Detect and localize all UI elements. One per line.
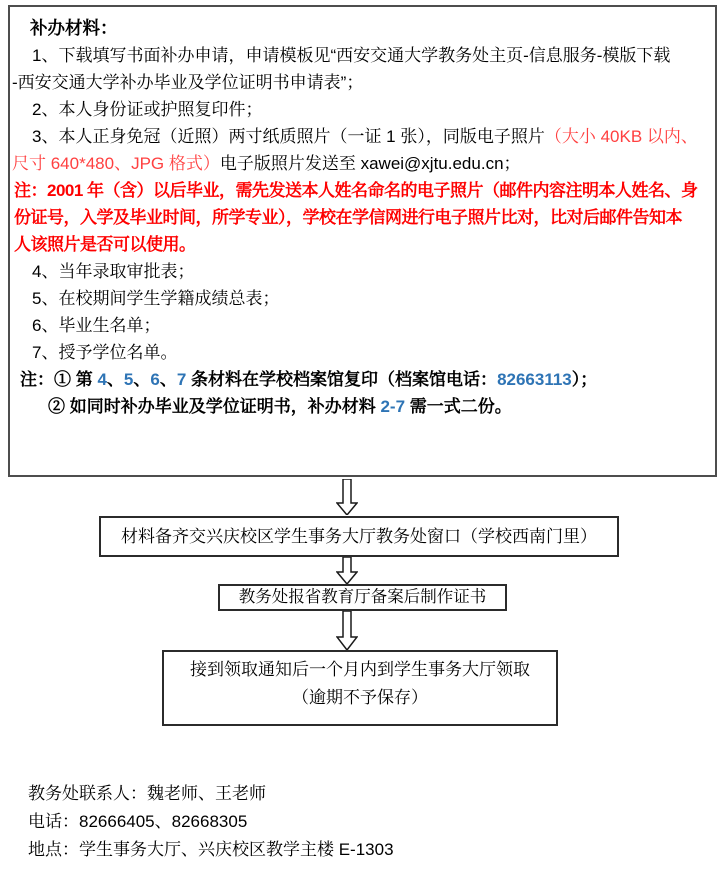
document-page: 补办材料：1、下载填写书面补办申请，申请模板见“西安交通大学教务处主页-信息服务… [0,0,727,874]
text-line: 注：2001 年（含）以后毕业，需先发送本人姓名命名的电子照片（邮件内容注明本人… [10,177,715,204]
text-segment: 3、本人正身免冠（近照）两寸纸质照片（一证 1 张），同版电子照片 [32,127,545,146]
text-segment: 注：2001 年（含）以后毕业，需先发送本人姓名命名的电子照片（邮件内容注明本人… [14,181,698,200]
text-segment: 2、本人身份证或护照复印件； [32,100,262,119]
text-segment: 7、授予学位名单。 [32,343,177,362]
text-segment: 、 [107,370,124,389]
text-line: 人该照片是否可以使用。 [10,231,715,258]
text-segment: 需一式二份。 [405,397,512,416]
materials-box: 补办材料：1、下载填写书面补办申请，申请模板见“西安交通大学教务处主页-信息服务… [8,5,717,477]
text-line: 7、授予学位名单。 [10,339,715,366]
text-line: 注：① 第 4、5、6、7 条材料在学校档案馆复印（档案馆电话：82663113… [10,366,715,393]
flow-step-submit-materials: 材料备齐交兴庆校区学生事务大厅教务处窗口（学校西南门里） [99,516,619,557]
down-arrow-icon [336,611,358,650]
text-segment: 6、毕业生名单； [32,316,160,335]
text-segment: （大小 40KB 以内、 [545,127,698,146]
text-segment: 份证号，入学及毕业时间，所学专业），学校在学信网进行电子照片比对，比对后邮件告知… [14,208,682,227]
contact-location: 地点：学生事务大厅、兴庆校区教学主楼 E-1303 [28,836,394,864]
flow-step-filing-certificate: 教务处报省教育厅备案后制作证书 [218,584,507,611]
text-segment: 补办材料： [30,18,118,38]
text-line: 份证号，入学及毕业时间，所学专业），学校在学信网进行电子照片比对，比对后邮件告知… [10,204,715,231]
text-line: 补办材料： [10,15,715,42]
down-arrow-icon [336,479,358,515]
text-segment: 5、在校期间学生学籍成绩总表； [32,289,279,308]
text-segment: 1、下载填写书面补办申请，申请模板见“西安交通大学教务处主页-信息服务-模版下载 [32,46,670,65]
text-segment: -西安交通大学补办毕业及学位证明书申请表”； [12,73,363,92]
text-line: ② 如同时补办毕业及学位证明书，补办材料 2-7 需一式二份。 [10,393,715,420]
text-segment: 电子版照片发送至 xawei@xjtu.edu.cn； [220,154,521,173]
text-line: 6、毕业生名单； [10,312,715,339]
text-line: 尺寸 640*480、JPG 格式）电子版照片发送至 xawei@xjtu.ed… [10,150,715,177]
pickup-line1: 接到领取通知后一个月内到学生事务大厅领取 [164,656,556,684]
contact-person: 教务处联系人：魏老师、王老师 [28,780,394,808]
contact-phone: 电话：82666405、82668305 [28,808,394,836]
text-segment: 7 [177,370,186,389]
text-segment: 82663113 [497,370,572,389]
text-line: 3、本人正身免冠（近照）两寸纸质照片（一证 1 张），同版电子照片（大小 40K… [10,123,715,150]
text-segment: 4、当年录取审批表； [32,262,194,281]
text-segment: 尺寸 640*480、JPG 格式） [12,154,220,173]
text-segment: ② 如同时补办毕业及学位证明书，补办材料 [48,397,380,416]
contact-info: 教务处联系人：魏老师、王老师 电话：82666405、82668305 地点：学… [28,780,394,864]
text-segment: 条材料在学校档案馆复印（档案馆电话： [186,370,497,389]
text-line: 2、本人身份证或护照复印件； [10,96,715,123]
flow-step-pickup: 接到领取通知后一个月内到学生事务大厅领取 （逾期不予保存） [162,650,558,726]
text-segment: 6 [150,370,159,389]
text-segment: 、 [133,370,150,389]
text-line: 4、当年录取审批表； [10,258,715,285]
text-segment: 注：① 第 [20,370,97,389]
pickup-line2: （逾期不予保存） [164,684,556,712]
text-line: -西安交通大学补办毕业及学位证明书申请表”； [10,69,715,96]
down-arrow-icon [336,557,358,584]
text-segment: ）； [572,370,598,389]
materials-text: 补办材料：1、下载填写书面补办申请，申请模板见“西安交通大学教务处主页-信息服务… [10,7,715,420]
text-line: 5、在校期间学生学籍成绩总表； [10,285,715,312]
text-segment: 2-7 [380,397,405,416]
text-segment: 、 [160,370,177,389]
text-segment: 4 [97,370,106,389]
text-line: 1、下载填写书面补办申请，申请模板见“西安交通大学教务处主页-信息服务-模版下载 [10,42,715,69]
text-segment: 人该照片是否可以使用。 [14,235,196,254]
text-segment: 5 [124,370,133,389]
